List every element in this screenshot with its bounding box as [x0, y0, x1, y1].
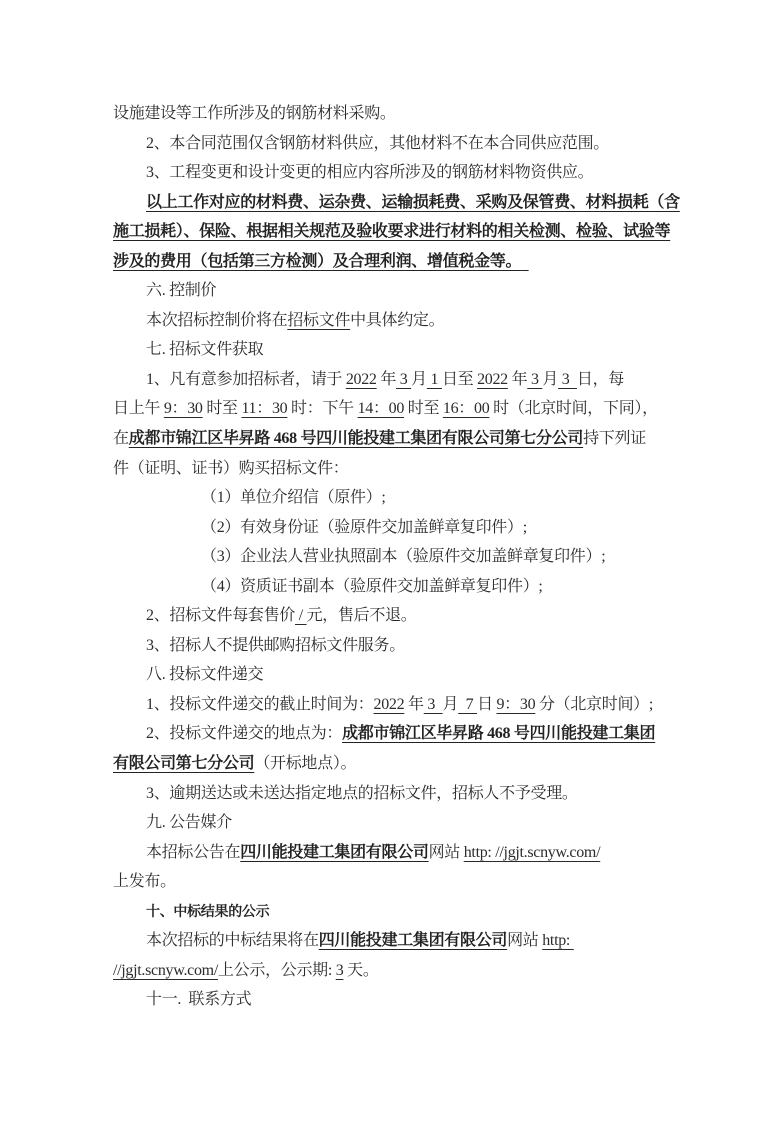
text-segment: 日，每 — [577, 371, 624, 388]
url-text: http: //jgjt.scnyw.com/ — [464, 844, 601, 861]
text-segment: 1、凡有意参加招标者，请于 — [146, 371, 346, 388]
text-segment: 3、逾期送达或未送达指定地点的招标文件，招标人不予受理。 — [146, 785, 578, 802]
text-line: 2、投标文件递交的地点为：成都市锦江区毕昇路 468 号四川能投建工集团 — [113, 719, 665, 749]
text-segment: 1 — [427, 371, 442, 388]
section-heading: 八. 投标文件递交 — [113, 660, 665, 690]
text-segment: 件（证明、证书）购买招标文件： — [113, 460, 349, 477]
text-segment: 9：30 — [164, 400, 203, 417]
text-segment: 中具体约定。 — [350, 312, 444, 329]
text-segment: 2022 — [374, 696, 405, 713]
text-segment: 3、工程变更和设计变更的相应内容所涉及的钢筋材料物资供应。 — [146, 164, 593, 181]
text-segment: 2、投标文件递交的地点为： — [146, 725, 342, 742]
text-segment: 招标文件 — [287, 312, 350, 329]
text-segment: 施工损耗）、保险、根据相关规范及验收要求进行材料的相关检测、检验、试验等 — [113, 223, 670, 240]
text-segment: 本次招标的中标结果将在 — [146, 932, 319, 949]
text-line: 1、投标文件递交的截止时间为：2022 年 3 月 7 日 9：30 分（北京时… — [113, 690, 665, 720]
text-segment: 月 — [542, 371, 558, 388]
text-line: 3、招标人不提供邮购招标文件服务。 — [113, 631, 665, 661]
text-segment: 16：00 — [443, 400, 490, 417]
text-segment: 设施建设等工作所涉及的钢筋材料采购。 — [113, 105, 396, 122]
text-segment: 四川能投建工集团有限公司 — [240, 844, 428, 861]
text-segment: 网站 — [507, 932, 542, 949]
text-segment: 时至 — [203, 400, 242, 417]
text-line: 2、本合同范围仅含钢筋材料供应，其他材料不在本合同供应范围。 — [113, 129, 665, 159]
text-segment: （1）单位介绍信（原件）; — [201, 489, 386, 506]
text-line: 日上午 9：30 时至 11：30 时：下午 14：00 时至 16：00 时（… — [113, 394, 665, 424]
text-segment: 14：00 — [358, 400, 405, 417]
text-segment: 3 — [396, 371, 411, 388]
text-segment: 十一. 联系方式 — [146, 991, 251, 1008]
text-segment: 成都市锦江区毕昇路 468 号四川能投建工集团有限公司第七分公司 — [129, 430, 583, 447]
text-segment: 十、中标结果的公示 — [146, 903, 269, 919]
section-heading: 九. 公告媒介 — [113, 808, 665, 838]
text-line: 施工损耗）、保险、根据相关规范及验收要求进行材料的相关检测、检验、试验等 — [113, 217, 665, 247]
text-line: 上发布。 — [113, 867, 665, 897]
text-segment: 四川能投建工集团有限公司 — [319, 932, 507, 949]
text-line: 以上工作对应的材料费、运杂费、运输损耗费、采购及保管费、材料损耗（含 — [113, 188, 665, 218]
text-segment: 时至 — [404, 400, 443, 417]
text-segment: 九. 公告媒介 — [146, 814, 232, 831]
text-segment: 月 — [443, 696, 459, 713]
text-segment: 本招标公告在 — [146, 844, 240, 861]
text-segment: 2、本合同范围仅含钢筋材料供应，其他材料不在本合同供应范围。 — [146, 135, 609, 152]
document-body: 设施建设等工作所涉及的钢筋材料采购。2、本合同范围仅含钢筋材料供应，其他材料不在… — [113, 99, 665, 1015]
text-segment: 本次招标控制价将在 — [146, 312, 287, 329]
section-heading: 十、中标结果的公示 — [113, 897, 665, 927]
text-segment: 3 — [527, 371, 542, 388]
text-segment: 11：30 — [241, 400, 287, 417]
text-line: 涉及的费用（包括第三方检测）及合理利润、增值税金等。 — [113, 247, 665, 277]
text-segment: 在 — [113, 430, 129, 447]
text-segment: 上发布。 — [113, 873, 176, 890]
text-line: //jgjt.scnyw.com/上公示，公示期: 3 天。 — [113, 956, 665, 986]
text-segment: （3）企业法人营业执照副本（验原件交加盖鲜章复印件）; — [201, 548, 605, 565]
text-segment: 八. 投标文件递交 — [146, 666, 263, 683]
text-segment: （开标地点）。 — [254, 755, 356, 772]
text-line: 3、逾期送达或未送达指定地点的招标文件，招标人不予受理。 — [113, 779, 665, 809]
text-segment: 上公示，公示期: — [218, 962, 336, 979]
url-text: //jgjt.scnyw.com/ — [113, 962, 218, 979]
text-segment: 年 — [404, 696, 423, 713]
text-segment: 2022 — [477, 371, 508, 388]
text-segment: 年 — [377, 371, 396, 388]
text-segment: 日上午 — [113, 400, 164, 417]
text-segment: 日至 — [442, 371, 477, 388]
text-line: 本招标公告在四川能投建工集团有限公司网站 http: //jgjt.scnyw.… — [113, 838, 665, 868]
text-line: （3）企业法人营业执照副本（验原件交加盖鲜章复印件）; — [113, 542, 665, 572]
text-line: 设施建设等工作所涉及的钢筋材料采购。 — [113, 99, 665, 129]
text-segment: 7 — [458, 696, 477, 713]
text-line: （4）资质证书副本（验原件交加盖鲜章复印件）; — [113, 572, 665, 602]
text-line: 本次招标的中标结果将在四川能投建工集团有限公司网站 http: — [113, 926, 665, 956]
text-segment: 2022 — [346, 371, 377, 388]
text-segment: 网站 — [429, 844, 464, 861]
text-segment: 天。 — [343, 962, 378, 979]
text-line: 本次招标控制价将在招标文件中具体约定。 — [113, 306, 665, 336]
section-heading: 六. 控制价 — [113, 276, 665, 306]
text-segment: （2）有效身份证（验原件交加盖鲜章复印件）; — [201, 519, 527, 536]
text-segment: 分（北京时间）; — [535, 696, 653, 713]
url-text: http: — [542, 932, 574, 949]
text-segment — [521, 253, 528, 270]
text-line: 在成都市锦江区毕昇路 468 号四川能投建工集团有限公司第七分公司持下列证 — [113, 424, 665, 454]
text-line: （1）单位介绍信（原件）; — [113, 483, 665, 513]
text-segment: 1、投标文件递交的截止时间为： — [146, 696, 374, 713]
text-segment: 六. 控制价 — [146, 282, 216, 299]
text-segment: 时：下午 — [287, 400, 357, 417]
text-segment: 3、招标人不提供邮购招标文件服务。 — [146, 637, 405, 654]
text-segment: 3 — [424, 696, 443, 713]
text-segment: 年 — [508, 371, 527, 388]
text-segment: 有限公司第七分公司 — [113, 755, 254, 772]
text-segment: 持下列证 — [583, 430, 646, 447]
text-segment: 日 — [477, 696, 496, 713]
text-segment: 9：30 — [496, 696, 535, 713]
text-segment: 涉及的费用（包括第三方检测）及合理利润、增值税金等。 — [113, 253, 521, 270]
text-line: 2、招标文件每套售价 / 元，售后不退。 — [113, 601, 665, 631]
text-segment: 以上工作对应的材料费、运杂费、运输损耗费、采购及保管费、材料损耗（含 — [146, 194, 680, 211]
scanned-document-page: 设施建设等工作所涉及的钢筋材料采购。2、本合同范围仅含钢筋材料供应，其他材料不在… — [0, 0, 783, 1129]
section-heading: 十一. 联系方式 — [113, 985, 665, 1015]
text-line: 1、凡有意参加招标者，请于 2022 年 3 月 1 日至 2022 年 3 月… — [113, 365, 665, 395]
text-segment: （4）资质证书副本（验原件交加盖鲜章复印件）; — [201, 578, 543, 595]
text-segment: 七. 招标文件获取 — [146, 341, 263, 358]
section-heading: 七. 招标文件获取 — [113, 335, 665, 365]
text-segment: 月 — [411, 371, 427, 388]
text-segment: 2、招标文件每套售价 — [146, 607, 295, 624]
text-line: 3、工程变更和设计变更的相应内容所涉及的钢筋材料物资供应。 — [113, 158, 665, 188]
text-segment: 元，售后不退。 — [307, 607, 417, 624]
text-line: 有限公司第七分公司（开标地点）。 — [113, 749, 665, 779]
text-line: （2）有效身份证（验原件交加盖鲜章复印件）; — [113, 513, 665, 543]
text-segment: 3 — [558, 371, 577, 388]
text-segment: / — [295, 607, 307, 624]
text-segment: 时（北京时间，下同）， — [489, 400, 657, 417]
text-segment: 成都市锦江区毕昇路 468 号四川能投建工集团 — [342, 725, 655, 742]
text-line: 件（证明、证书）购买招标文件： — [113, 454, 665, 484]
